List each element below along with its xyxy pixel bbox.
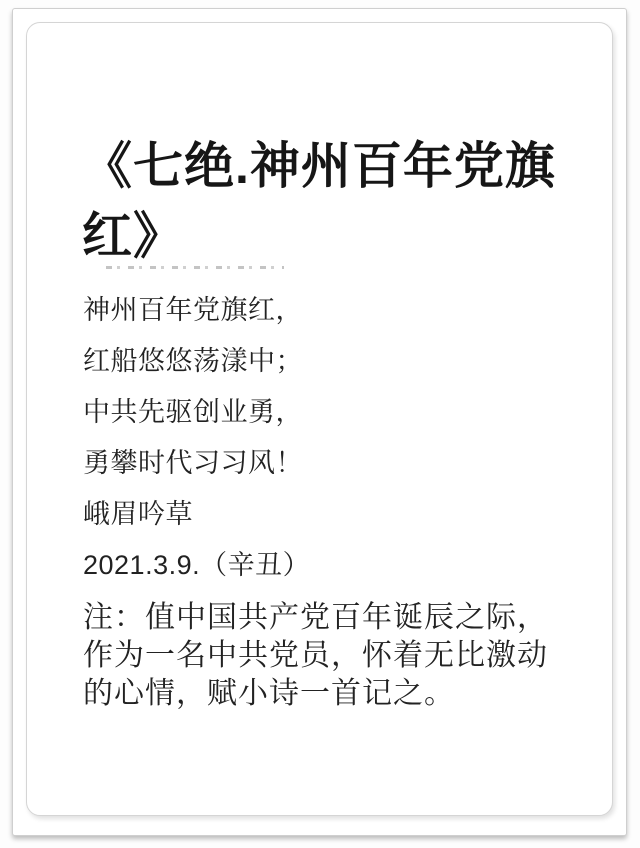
note-line-3: 的心情，赋小诗一首记之。 bbox=[83, 675, 583, 713]
outer-sheet: 《七绝.神州百年党旗 红》 神州百年党旗红， 红船悠悠荡漾中； 中共先驱创业勇，… bbox=[12, 8, 627, 836]
poem-line-1: 神州百年党旗红， bbox=[83, 285, 563, 336]
note-line-1: 注：值中国共产党百年诞辰之际， bbox=[83, 599, 583, 637]
poem-title: 《七绝.神州百年党旗 红》 bbox=[82, 131, 587, 271]
poem-card: 《七绝.神州百年党旗 红》 神州百年党旗红， 红船悠悠荡漾中； 中共先驱创业勇，… bbox=[26, 22, 613, 816]
poem-date: 2021.3.9.（辛丑） bbox=[83, 540, 563, 591]
poem-title-line-2: 红》 bbox=[82, 201, 587, 271]
poem-note: 注：值中国共产党百年诞辰之际， 作为一名中共党员，怀着无比激动 的心情，赋小诗一… bbox=[83, 599, 583, 713]
faded-text-artifact bbox=[106, 266, 284, 269]
poem-line-3: 中共先驱创业勇， bbox=[83, 387, 563, 438]
author-signature: 峨眉吟草 bbox=[83, 489, 563, 540]
poem-body: 神州百年党旗红， 红船悠悠荡漾中； 中共先驱创业勇， 勇攀时代习习风！ 峨眉吟草… bbox=[83, 285, 563, 591]
poem-line-2: 红船悠悠荡漾中； bbox=[83, 336, 563, 387]
poem-title-line-1: 《七绝.神州百年党旗 bbox=[82, 131, 587, 201]
note-line-2: 作为一名中共党员，怀着无比激动 bbox=[83, 637, 583, 675]
poem-line-4: 勇攀时代习习风！ bbox=[83, 438, 563, 489]
photo-background: 《七绝.神州百年党旗 红》 神州百年党旗红， 红船悠悠荡漾中； 中共先驱创业勇，… bbox=[0, 0, 640, 848]
